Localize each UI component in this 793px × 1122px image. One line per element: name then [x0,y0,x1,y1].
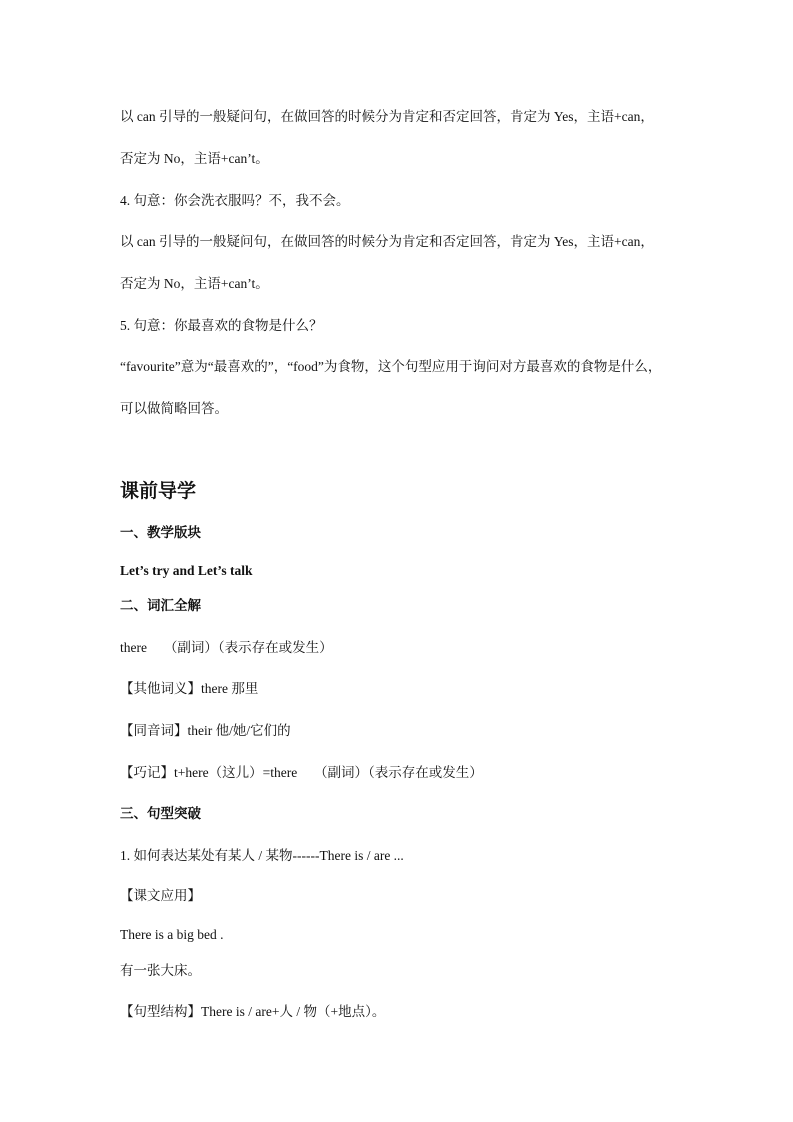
pattern-structure: 【句型结构】There is / are+人 / 物（+地点）。 [120,1003,385,1021]
vocab-line-homophone: 【同音词】their 他/她/它们的 [120,722,291,740]
vocab-line-other-meaning: 【其他词义】there 那里 [120,680,258,698]
example-sentence-en: There is a big bed . [120,926,223,944]
paragraph-can-answer-line2: 否定为 No，主语+can’t。 [120,150,269,168]
paragraph-can-answer-2-line1: 以 can 引导的一般疑问句，在做回答的时候分为肯定和否定回答，肯定为 Yes，… [120,233,654,251]
paragraph-can-answer-line1: 以 can 引导的一般疑问句，在做回答的时候分为肯定和否定回答，肯定为 Yes，… [120,108,654,126]
paragraph-favourite-line2: 可以做简略回答。 [120,400,228,418]
document-page: 以 can 引导的一般疑问句，在做回答的时候分为肯定和否定回答，肯定为 Yes，… [0,0,793,1122]
part3-heading: 三、句型突破 [120,805,201,823]
part1-content: Let’s try and Let’s talk [120,562,253,580]
part1-heading: 一、教学版块 [120,524,201,542]
vocab-line-there: there （副词）（表示存在或发生） [120,639,333,657]
example-sentence-zh: 有一张大床。 [120,962,201,980]
item-5-title: 5. 句意：你最喜欢的食物是什么？ [120,317,323,335]
part2-heading: 二、词汇全解 [120,597,201,615]
vocab-line-mnemonic: 【巧记】t+here（这儿）=there （副词）（表示存在或发生） [120,764,483,782]
item-4-title: 4. 句意：你会洗衣服吗？不，我不会。 [120,192,350,210]
text-application-label: 【课文应用】 [120,887,201,905]
pattern-item-1: 1. 如何表达某处有某人 / 某物------There is / are ..… [120,847,404,865]
paragraph-can-answer-2-line2: 否定为 No，主语+can’t。 [120,275,269,293]
section-title: 课前导学 [120,479,196,503]
paragraph-favourite-line1: “favourite”意为“最喜欢的”，“food”为食物，这个句型应用于询问对… [120,358,661,376]
